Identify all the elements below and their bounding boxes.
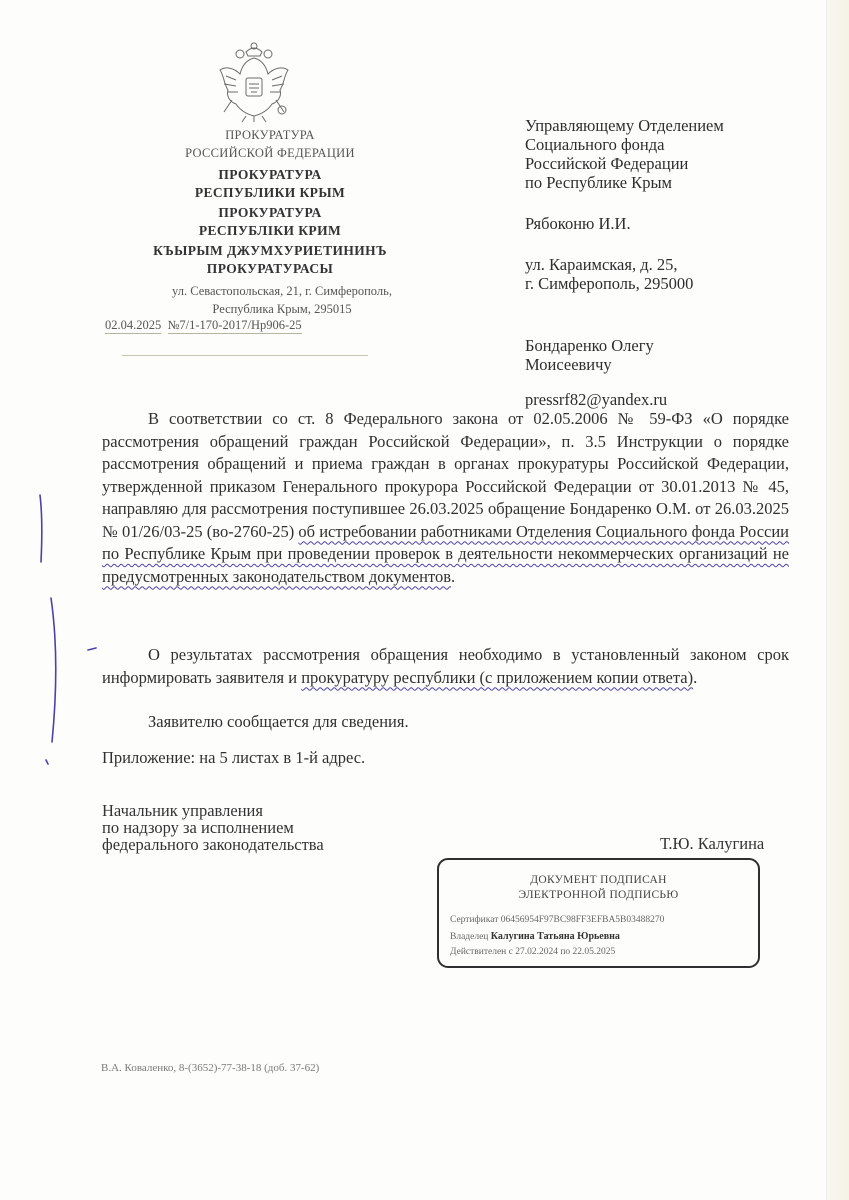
addressee-line: по Республике Крым	[525, 173, 724, 192]
stamp-value: с 27.02.2024 по 22.05.2025	[509, 947, 616, 957]
addressee-street: ул. Караимская, д. 25,	[525, 255, 724, 274]
signatory-title-line: по надзору за исполнением	[102, 819, 324, 836]
p2-underlined-text: прокуратуру республики (с приложением ко…	[301, 668, 693, 687]
signatory-name: Т.Ю. Калугина	[660, 834, 764, 854]
org-line: ПРОКУРАТУРА	[120, 204, 420, 222]
second-addressee-name: Бондаренко Олегу	[525, 336, 724, 355]
addressee-line: Российской Федерации	[525, 154, 724, 173]
addressee-city: г. Симферополь, 295000	[525, 274, 724, 293]
addressee-line: Социального фонда	[525, 135, 724, 154]
stamp-owner: Владелец Калугина Татьяна Юрьевна	[450, 931, 620, 942]
addressee-name: Рябоконю И.И.	[525, 214, 724, 233]
stamp-label: Действителен	[450, 947, 506, 957]
registration-line: 02.04.2025 №7/1-170-2017/Нр906-25	[105, 318, 302, 333]
attachment-note: Приложение: на 5 листах в 1-й адрес.	[102, 747, 789, 770]
body-paragraph-3: Заявителю сообщается для сведения.	[102, 711, 789, 734]
org-line: ПРОКУРАТУРА	[120, 166, 420, 184]
p1-end: .	[451, 567, 455, 586]
registration-date: 02.04.2025	[105, 318, 161, 334]
org-address-line2: Республика Крым, 295015	[120, 300, 420, 318]
p2-end: .	[693, 668, 697, 687]
second-addressee-name: Моисеевичу	[525, 355, 724, 374]
org-line: РЕСПУБЛІКИ КРИМ	[120, 222, 420, 240]
body-paragraph-2: О результатах рассмотрения обращения нео…	[102, 644, 789, 689]
addressee-line: Управляющему Отделением	[525, 116, 724, 135]
paper-edge	[826, 0, 849, 1200]
signatory-title: Начальник управления по надзору за испол…	[102, 802, 324, 853]
executor-contact: В.А. Коваленко, 8-(3652)-77-38-18 (доб. …	[101, 1062, 319, 1074]
stamp-certificate: Сертификат 06456954F97BC98FF3EFBA5B03488…	[450, 915, 664, 925]
electronic-signature-stamp: ДОКУМЕНТ ПОДПИСАН ЭЛЕКТРОННОЙ ПОДПИСЬЮ С…	[437, 858, 760, 968]
org-header: ПРОКУРАТУРА РОССИЙСКОЙ ФЕДЕРАЦИИ ПРОКУРА…	[120, 126, 420, 318]
stamp-title: ДОКУМЕНТ ПОДПИСАН	[439, 874, 758, 886]
addressee-email[interactable]: pressrf82@yandex.ru	[525, 390, 724, 409]
stamp-validity: Действителен с 27.02.2024 по 22.05.2025	[450, 947, 615, 957]
org-line: ПРОКУРАТУРА	[120, 126, 420, 144]
org-line: ПРОКУРАТУРАСЫ	[120, 260, 420, 278]
org-line: РЕСПУБЛИКИ КРЫМ	[120, 184, 420, 202]
stamp-value: 06456954F97BC98FF3EFBA5B03488270	[501, 915, 665, 925]
stamp-label: Сертификат	[450, 915, 498, 925]
coat-of-arms-icon	[216, 40, 292, 124]
registration-number: №7/1-170-2017/Нр906-25	[168, 318, 302, 334]
body-paragraph-1: В соответствии со ст. 8 Федерального зак…	[102, 408, 789, 588]
signatory-title-line: федерального законодательства	[102, 836, 324, 853]
stamp-value: Калугина Татьяна Юрьевна	[491, 931, 620, 942]
stamp-title: ЭЛЕКТРОННОЙ ПОДПИСЬЮ	[439, 889, 758, 901]
addressee-block: Управляющему Отделением Социального фонд…	[525, 116, 724, 409]
org-line: РОССИЙСКОЙ ФЕДЕРАЦИИ	[120, 144, 420, 162]
org-address-line1: ул. Севастопольская, 21, г. Симферополь,	[120, 282, 420, 300]
stamp-label: Владелец	[450, 932, 488, 942]
org-line: КЪЫРЫМ ДЖУМХУРИЕТИНИНЪ	[120, 242, 420, 260]
signatory-title-line: Начальник управления	[102, 802, 324, 819]
blank-ref-line	[122, 355, 368, 356]
